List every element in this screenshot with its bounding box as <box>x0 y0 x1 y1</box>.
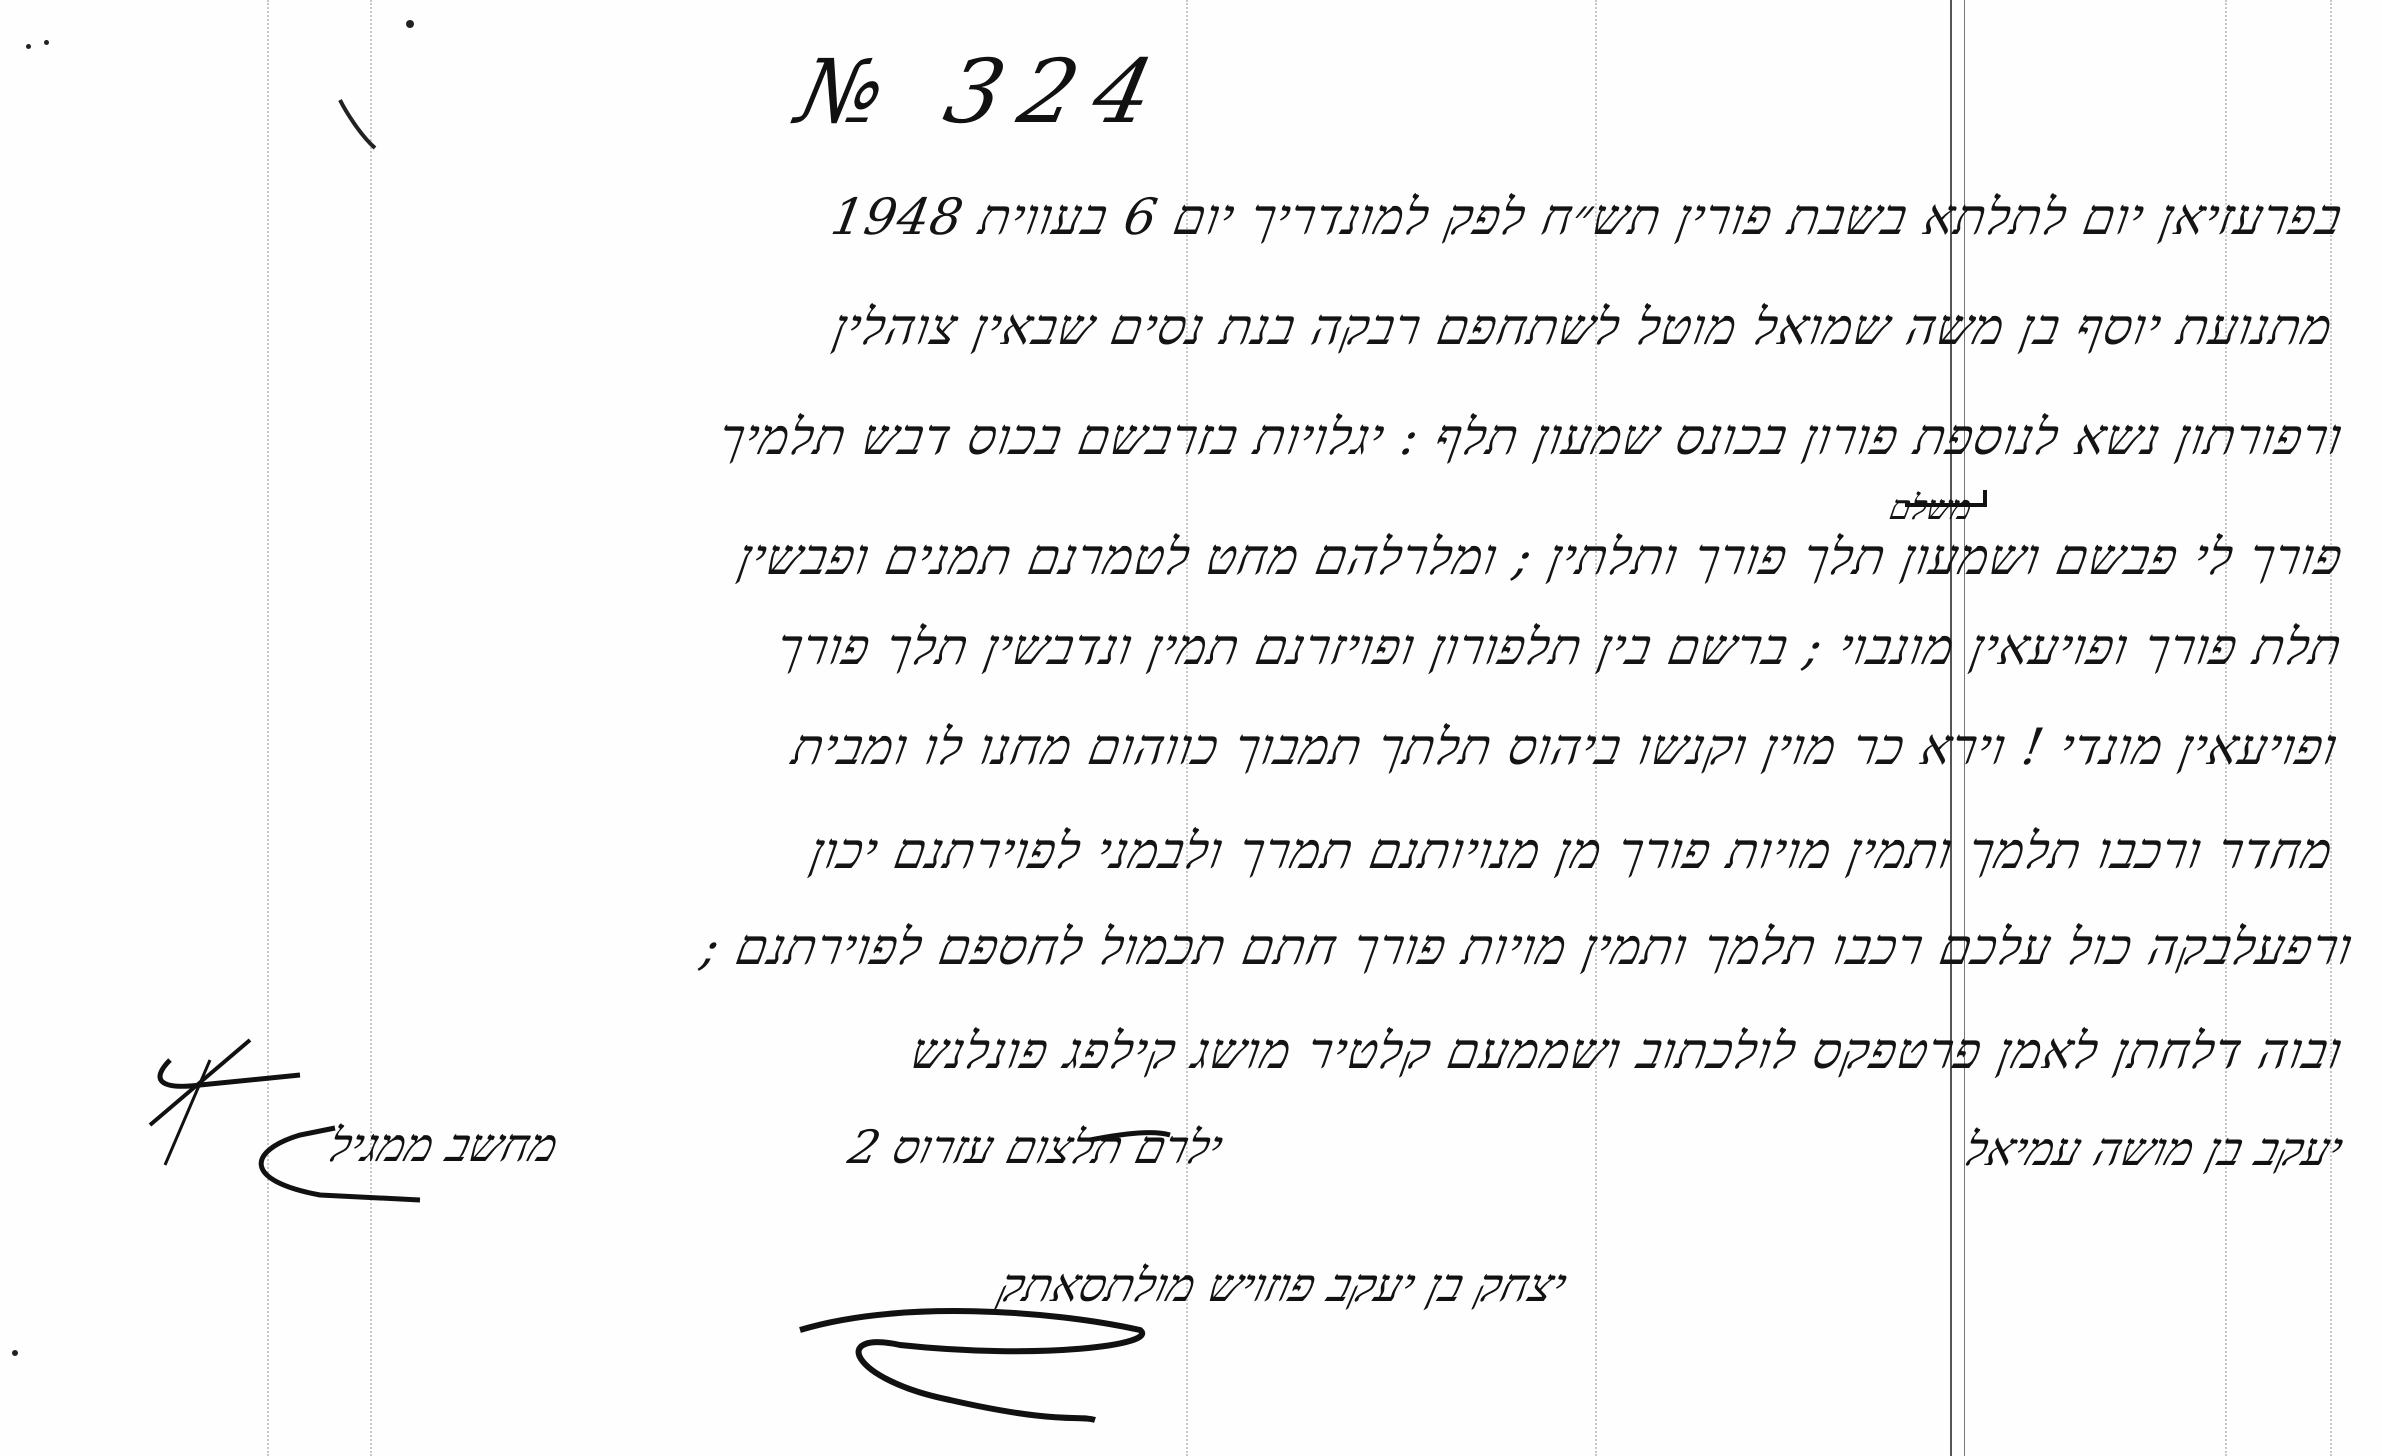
body-line-9: ובוה דלחתן לאמן פרטפקס לולכתוב ושממעם קל… <box>907 1022 2347 1080</box>
ink-speck <box>44 40 49 45</box>
body-line-3: ורפורתון נשא לנוספת פורון בכונס שמעון תל… <box>715 408 2348 466</box>
body-line-6: ופויעאין מונדי ! וירא כר מוין וקנשו ביהו… <box>788 718 2343 776</box>
interlinear-insertion: משלם <box>1886 488 1974 528</box>
margin-rule-dotted <box>370 0 372 1456</box>
signature-right: יעקב בן מושה עמיאל <box>1960 1122 2349 1176</box>
ink-speck <box>12 1350 18 1356</box>
ink-speck <box>26 44 31 49</box>
body-line-1: בפרעזיאן יום לתלתא בשבת פורין תש״ח לפק ל… <box>827 188 2347 246</box>
body-line-8: ורפעלבקה כול עלכם רכבו תלמך ותמין מויות … <box>696 918 2357 976</box>
body-line-5: תלת פורך ופויעאין מונבוי ; ברשם בין תלפו… <box>773 618 2347 676</box>
ink-speck <box>406 20 414 28</box>
document-number: № 324 <box>789 40 1180 143</box>
signature-middle: ילרם תלצום עזרוס 2 <box>843 1120 1228 1174</box>
margin-rule-dotted <box>267 0 269 1456</box>
body-line-2: מתנועת יוסף בן משה שמואל מוטל לשתחפם רבק… <box>829 298 2337 356</box>
body-line-7: מחדר ורכבו תלמך ותמין מויות פורך מן מנוי… <box>805 822 2337 880</box>
signature-bottom: יצחק בן יעקב פוזויש מולתסאתק <box>993 1258 1572 1312</box>
document-page: № 324 בפרעזיאן יום לתלתא בשבת פורין תש״ח… <box>0 0 2382 1456</box>
signature-left: מחשב ממגיל <box>323 1118 564 1172</box>
body-line-4: פורך לי פבשם ושמעון תלך פורך ותלתין ; ומ… <box>734 528 2348 586</box>
